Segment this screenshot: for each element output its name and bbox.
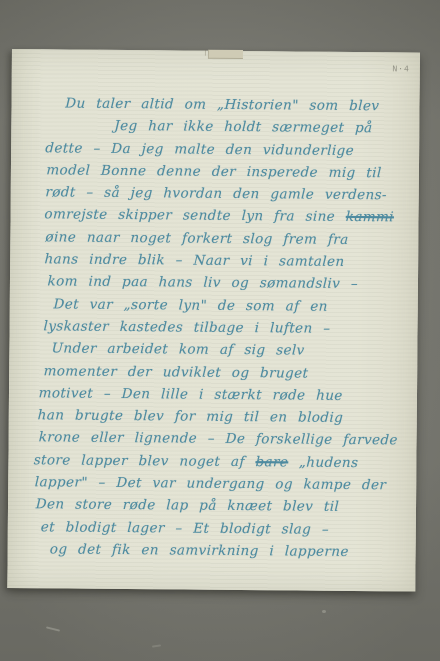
handwriting-line: Jeg har ikke holdt særmeget på	[114, 115, 427, 140]
handwriting-line: krone eller lignende – De forskellige fa…	[38, 427, 413, 453]
handwriting-segment: et blodigt lager – Et blodigt slag –	[40, 519, 329, 538]
handwriting-segment: dette – Da jeg malte den vidunderlige	[45, 140, 354, 159]
letter-text: Du taler altid om „Historien" som blevJe…	[0, 92, 428, 564]
struck-word: kammi	[345, 209, 394, 225]
struck-word: bare	[255, 454, 288, 470]
handwriting-line: momenter der udviklet og bruget	[43, 360, 416, 386]
handwriting-line: model Bonne denne der insperede mig til	[46, 159, 425, 185]
handwriting-line: store lapper blev noget af bare „hudens	[33, 449, 412, 475]
paper-tear	[208, 50, 243, 59]
handwriting-segment: Du taler altid om „Historien" som blev	[65, 95, 380, 114]
handwriting-segment: motivet – Den lille i stærkt røde hue	[38, 385, 343, 404]
handwriting-segment: hans indre blik – Naar vi i samtalen	[44, 251, 345, 270]
handwriting-segment: lyskaster kastedes tilbage i luften –	[43, 318, 331, 336]
handwriting-segment: Jeg har ikke holdt særmeget på	[114, 118, 373, 136]
handwriting-segment: Det var „sorte lyn" de som af en	[53, 296, 328, 314]
handwriting-line: Det var „sorte lyn" de som af en	[53, 293, 419, 318]
photo-background: N·4 Du taler altid om „Historien" som bl…	[0, 0, 440, 661]
handwriting-segment: omrejste skipper sendte lyn fra sine	[44, 207, 346, 226]
handwriting-line: han brugte blev for mig til en blodig	[37, 404, 414, 430]
archival-mark: N·4	[392, 64, 410, 73]
handwriting-segment: lapper" – Det var undergang og kampe der	[34, 474, 386, 493]
handwriting-segment: Under arbeidet kom af sig selv	[51, 341, 305, 359]
handwriting-segment: han brugte blev for mig til en blodig	[37, 407, 343, 426]
handwriting-line: et blodigt lager – Et blodigt slag –	[40, 516, 409, 542]
letter-page: N·4 Du taler altid om „Historien" som bl…	[7, 49, 420, 592]
handwriting-line: og det fik en samvirkning i lapperne	[49, 538, 408, 563]
handwriting-line: lyskaster kastedes tilbage i luften –	[43, 315, 418, 341]
handwriting-segment: krone eller lignende – De forskellige fa…	[38, 430, 398, 449]
handwriting-segment: momenter der udviklet og bruget	[43, 363, 308, 381]
handwriting-line: motivet – Den lille i stærkt røde hue	[38, 382, 415, 408]
handwriting-line: hans indre blik – Naar vi i samtalen	[44, 248, 421, 274]
handwriting-line: dette – Da jeg malte den vidunderlige	[45, 137, 426, 163]
scratch-mark	[46, 626, 60, 631]
handwriting-segment: Den store røde lap på knæet blev til	[35, 497, 339, 516]
handwriting-segment: øine naar noget forkert slog frem fra	[45, 229, 349, 248]
scratch-mark	[322, 610, 326, 613]
handwriting-line: Du taler altid om „Historien" som blev	[65, 92, 428, 117]
handwriting-segment: rødt – så jeg hvordan den gamle verdens-	[45, 184, 387, 203]
handwriting-line: lapper" – Det var undergang og kampe der	[34, 471, 411, 497]
handwriting-segment: og det fik en samvirkning i lapperne	[50, 541, 350, 560]
handwriting-segment: „hudens	[288, 454, 359, 471]
handwriting-line: omrejste skipper sendte lyn fra sine kam…	[44, 204, 423, 230]
handwriting-line: Under arbeidet kom af sig selv	[51, 338, 417, 363]
handwriting-segment: kom ind paa hans liv og sømandsliv –	[47, 274, 358, 293]
handwriting-segment: model Bonne denne der insperede mig til	[46, 162, 382, 181]
handwriting-line: øine naar noget forkert slog frem fra	[45, 226, 422, 252]
scratch-mark	[152, 644, 161, 647]
handwriting-line: rødt – så jeg hvordan den gamle verdens-	[45, 181, 424, 207]
handwriting-segment: store lapper blev noget af	[33, 452, 255, 470]
handwriting-line: Den store røde lap på knæet blev til	[35, 494, 410, 520]
handwriting-line: kom ind paa hans liv og sømandsliv –	[47, 271, 420, 297]
